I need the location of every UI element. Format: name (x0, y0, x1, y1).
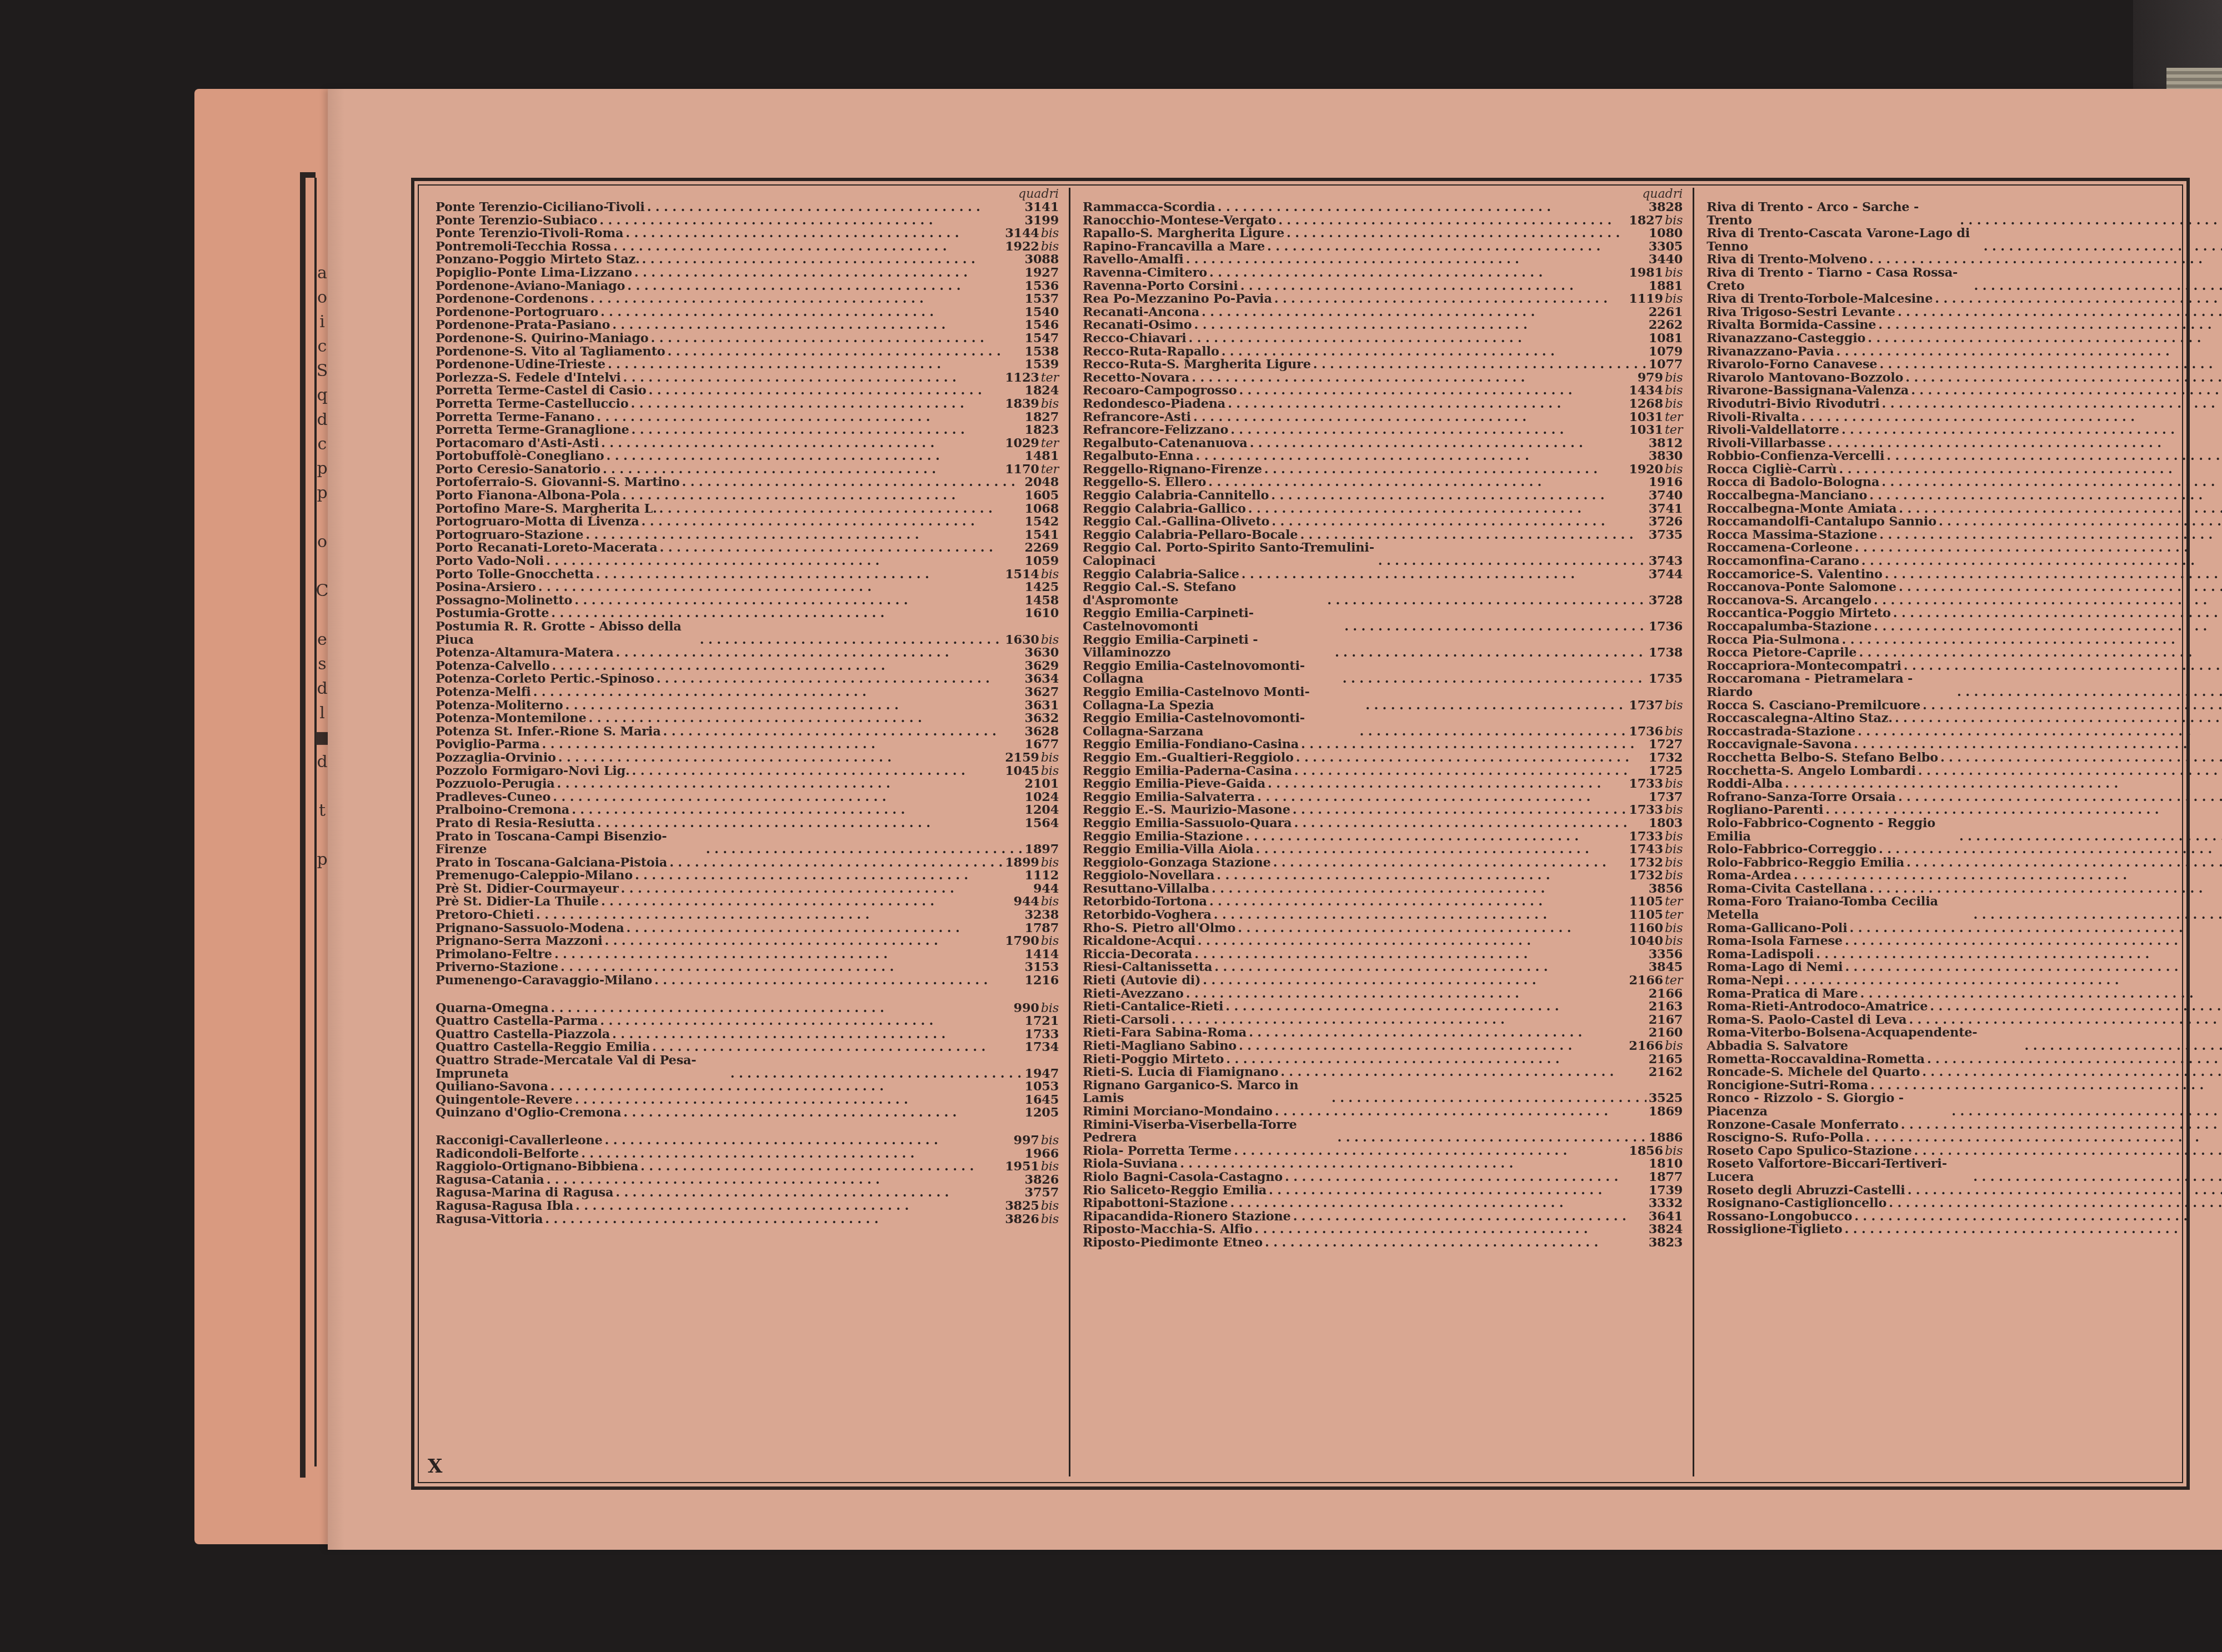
index-entry: Reggio Cal.-Gallina-Oliveto3726 (1083, 515, 1683, 529)
index-entry: Rivodutri-Bivio Rivodutri2158 (1706, 398, 2222, 411)
quadro-number: 1610 (1025, 607, 1059, 620)
quadro-number: 1732bis (1629, 857, 1683, 870)
quadro-number-value: 3144 (1005, 226, 1039, 241)
dot-leader (1228, 398, 1627, 411)
index-entry: Roccapriora-Montecompatri3100 (1706, 660, 2222, 673)
quadro-suffix: bis (1041, 1159, 1059, 1174)
dot-leader (590, 293, 1023, 306)
index-entry: Roma-Foro Traiano-Tomba Cecilia Metella3… (1706, 895, 2222, 922)
route-name: Roccaromana - Pietramelara - Riardo (1706, 673, 1955, 699)
quadro-number: 1605 (1025, 489, 1059, 503)
index-entry: Riesi-Caltanissetta3845 (1083, 961, 1683, 974)
index-entry: Primolano-Feltre1414 (436, 948, 1059, 962)
quadro-suffix: bis (1665, 868, 1683, 883)
route-name: Ragusa-Vittoria (436, 1213, 543, 1227)
index-entry: Recco-Chiavari1081 (1083, 332, 1683, 346)
dot-leader (1905, 372, 2222, 385)
index-entry: Ronco - Rizzolo - S. Giorgio - Piacenza1… (1706, 1092, 2222, 1118)
quadro-number-value: 1123 (1005, 371, 1039, 385)
dot-leader (536, 909, 1022, 922)
route-name: Priverno-Stazione (436, 961, 558, 974)
route-name: Reggio Calabria-Salice (1083, 568, 1239, 582)
dot-leader (551, 607, 1022, 620)
index-entry: Roma-Rieti-Antrodoco-Amatrice3275 (1706, 1000, 2222, 1014)
quadro-number-value: 3641 (1649, 1209, 1683, 1224)
dot-leader (1901, 1119, 2222, 1132)
dot-leader (1274, 293, 1627, 306)
index-entry: Postumia R. R. Grotte - Abisso della Piu… (436, 620, 1059, 647)
quadro-number-value: 3632 (1025, 711, 1059, 725)
index-entry: Pordenone-Aviano-Maniago1536 (436, 280, 1059, 293)
index-entry: Rocca Pietore-Caprile1395 (1706, 647, 2222, 660)
index-entry: Reggio Emilia-Pieve-Gaida1733bis (1083, 778, 1683, 791)
quadro-number: 1536 (1025, 280, 1059, 293)
index-entry: Rivoli-Villarbasse914 (1706, 437, 2222, 450)
quadro-number: 1105ter (1629, 909, 1683, 922)
dot-leader (597, 411, 1022, 424)
dot-leader (1189, 332, 1647, 346)
quadro-number: 1079 (1649, 346, 1683, 359)
dot-leader (1264, 463, 1627, 477)
quadro-number-value: 2262 (1649, 318, 1683, 332)
quadro-number: 1856bis (1629, 1145, 1683, 1158)
index-entry: Rieti-Fara Sabina-Roma2160 (1083, 1027, 1683, 1040)
route-name: Pordenone-Cordenons (436, 293, 588, 306)
quadro-number: 3153 (1025, 961, 1059, 974)
quadro-number: 1204 (1025, 804, 1059, 817)
index-entry: Rapallo-S. Margherita Ligure1080 (1083, 227, 1683, 241)
route-name: Rofrano-Sanza-Torre Orsaia (1706, 791, 1896, 804)
route-name: Porto Recanati-Loreto-Macerata (436, 542, 658, 555)
quadro-number-value: 3743 (1649, 554, 1683, 568)
dot-leader (669, 857, 1003, 870)
dot-leader (600, 1015, 1022, 1028)
route-name: Rieti-Fara Sabina-Roma (1083, 1027, 1247, 1040)
dot-leader (1269, 1184, 1647, 1198)
dot-leader (607, 450, 1023, 463)
route-name: Ponzano-Poggio Mirteto Staz. (436, 253, 640, 267)
quadro-number-value: 1733 (1025, 1027, 1059, 1042)
route-name: Pordenone-S. Vito al Tagliamento (436, 346, 665, 359)
index-entry: Roccanova-Ponte Salomone3646 (1706, 581, 2222, 594)
index-entry: Pordenone-Cordenons1537 (436, 293, 1059, 306)
route-name: Pozzaglia-Orvinio (436, 752, 556, 765)
dot-leader (1908, 1184, 2222, 1198)
dot-leader (1911, 384, 2222, 398)
quadro-number-value: 2166 (1649, 987, 1683, 1001)
quadro-number: 1981bis (1629, 267, 1683, 280)
dot-leader (1801, 411, 2222, 424)
dot-leader (2025, 1040, 2222, 1053)
quadro-number-value: 1068 (1025, 502, 1059, 516)
index-entry: Pordenone-Prata-Pasiano1546 (436, 319, 1059, 332)
route-name: Rea Po-Mezzanino Po-Pavia (1083, 293, 1272, 306)
quadro-number-value: 997 (1014, 1133, 1039, 1148)
route-name: Rogliano-Parenti (1706, 804, 1823, 817)
dot-leader (1957, 686, 2222, 699)
route-name: Potenza-Altamura-Matera (436, 647, 613, 660)
index-entry: Porto Fianona-Albona-Pola1605 (436, 489, 1059, 503)
quadro-number: 1541 (1025, 529, 1059, 542)
route-name: Ravello-Amalfi (1083, 253, 1184, 267)
dot-leader (625, 227, 1003, 241)
quadro-number-value: 1897 (1025, 842, 1059, 857)
quadro-suffix: bis (1665, 921, 1683, 935)
quadro-suffix: ter (1665, 973, 1683, 988)
route-name: Reggio Cal.-Gallina-Oliveto (1083, 515, 1269, 529)
quadro-number-value: 1564 (1025, 816, 1059, 830)
route-name: Porretta Terme-Castel di Casio (436, 384, 647, 398)
dot-leader (1275, 1105, 1647, 1119)
quadro-number-value: 1734 (1025, 1040, 1059, 1054)
quadro-number: 1514bis (1005, 568, 1059, 582)
route-name: Rieti-Magliano Sabino (1083, 1040, 1237, 1053)
quadro-number-value: 3845 (1649, 960, 1683, 974)
route-name: Pontremoli-Tecchia Rossa (436, 241, 611, 254)
quadro-number-value: 1077 (1649, 357, 1683, 372)
quadro-number-value: 1920 (1629, 462, 1663, 477)
quadro-number-value: 1031 (1629, 410, 1663, 424)
quadro-number: 3628 (1025, 725, 1059, 739)
dot-leader (1332, 1092, 1647, 1105)
quadro-number-value: 1105 (1629, 894, 1663, 909)
index-entry: Prato di Resia-Resiutta1564 (436, 817, 1059, 830)
dot-leader (1874, 594, 2222, 608)
route-name: Potenza-Melfi (436, 686, 531, 699)
dot-leader (1927, 1053, 2222, 1067)
dot-leader (1855, 542, 2222, 555)
route-name: Roma-Viterbo-Bolsena-Acquapendente-Abbad… (1706, 1027, 2022, 1053)
dot-leader (1222, 346, 1647, 359)
route-name: Reggio Emilia-Sassuolo-Quara (1083, 817, 1292, 830)
route-name: Prignano-Sassuolo-Modena (436, 922, 624, 935)
dot-leader (600, 306, 1023, 319)
route-name: Reggio Emilia-Castelnovomonti-Collagna (1083, 660, 1340, 686)
dot-leader (1825, 804, 2222, 817)
quadro-number-value: 1538 (1025, 344, 1059, 359)
route-name: Reggio Calabria-Gallico (1083, 503, 1246, 516)
index-entry: Riolo Bagni-Casola-Castagno1877 (1083, 1171, 1683, 1184)
route-name: Roseto Valfortore-Biccari-Tertiveri-Luce… (1706, 1158, 1971, 1184)
dot-leader (1860, 988, 2222, 1001)
quadro-number: 1737bis (1629, 699, 1683, 713)
route-name: Quattro Castella-Piazzola (436, 1028, 610, 1042)
quadro-number: 1537 (1025, 293, 1059, 306)
route-name: Rolo-Fabbrico-Correggio (1706, 843, 1876, 857)
quadro-number: 3726 (1649, 515, 1683, 529)
quadro-number-value: 3757 (1025, 1185, 1059, 1200)
index-entry: Potenza-Altamura-Matera3630 (436, 647, 1059, 660)
dot-leader (1886, 450, 2222, 463)
underlying-page-frame (300, 172, 316, 1478)
index-entry: Recetto-Novara979bis (1083, 372, 1683, 385)
dot-leader (1935, 293, 2222, 306)
quadro-number: 3141 (1025, 201, 1059, 214)
dot-leader (1879, 358, 2222, 372)
route-name: Roma-Ladispoli (1706, 948, 1814, 962)
route-name: Roccalbegna-Manciano (1706, 489, 1867, 503)
quadro-number: 3356 (1649, 948, 1683, 962)
quadro-number-value: 1540 (1025, 305, 1059, 319)
index-entry: Priverno-Stazione3153 (436, 961, 1059, 974)
quadro-suffix: bis (1665, 934, 1683, 948)
quadro-number: 3525 (1649, 1092, 1683, 1105)
route-name: Prato in Toscana-Galciana-Pistoia (436, 857, 667, 870)
route-name: Roccanova-S. Arcangelo (1706, 594, 1871, 608)
quadro-number: 1743bis (1629, 843, 1683, 857)
dot-leader (1882, 398, 2222, 411)
dot-leader (1172, 1014, 1647, 1027)
route-name: Posina-Arsiero (436, 581, 536, 594)
quadro-number: 3826 (1025, 1174, 1059, 1187)
quadro-number: 1434bis (1629, 384, 1683, 398)
quadro-number: 1869 (1649, 1105, 1683, 1119)
quadro-number: 1738 (1649, 647, 1683, 660)
index-entry: Ragusa-Catania3826 (436, 1174, 1059, 1187)
quadro-number: 2163 (1649, 1000, 1683, 1014)
index-entry: Roccalbegna-Monte Amiata2068 (1706, 503, 2222, 516)
quadro-number-value: 1823 (1025, 423, 1059, 437)
quadro-number: 3144bis (1005, 227, 1059, 241)
quadro-suffix: bis (1665, 777, 1683, 791)
quadro-suffix: ter (1665, 894, 1683, 909)
dot-leader (642, 515, 1023, 529)
quadro-suffix: bis (1665, 371, 1683, 385)
dot-leader (1271, 489, 1646, 503)
quadro-number: 1645 (1025, 1094, 1059, 1107)
index-entry: Rapino-Francavilla a Mare3305 (1083, 241, 1683, 254)
dot-leader (1854, 1210, 2222, 1224)
dot-leader (632, 765, 1003, 778)
quadro-number: 1068 (1025, 503, 1059, 516)
index-entry: Porretta Terme-Castel di Casio1824 (436, 384, 1059, 398)
dot-leader (1939, 515, 2222, 529)
quadro-suffix: bis (1665, 855, 1683, 870)
index-entry: Ravenna-Porto Corsini1881 (1083, 280, 1683, 293)
dot-leader (1344, 620, 1647, 634)
quadro-number: 1081 (1649, 332, 1683, 346)
route-name: Rivarolo Mantovano-Bozzolo (1706, 372, 1903, 385)
index-entry: Ragusa-Ragusa Ibla3825bis (436, 1200, 1059, 1213)
quadro-number-value: 1204 (1025, 803, 1059, 817)
route-name: Quattro Strade-Mercatale Val di Pesa-Imp… (436, 1054, 728, 1080)
quadro-number: 3845 (1649, 961, 1683, 974)
dot-leader (1360, 725, 1627, 739)
quadro-suffix: bis (1665, 397, 1683, 411)
route-name: Rieti-S. Lucia di Fiamignano (1083, 1066, 1278, 1079)
quadro-number-value: 3830 (1649, 449, 1683, 463)
index-entry: Potenza-Montemilone3632 (436, 712, 1059, 725)
dot-leader (1870, 1079, 2222, 1093)
index-column-3: quadri Riva di Trento - Arco - Sarche - … (1694, 188, 2222, 1476)
quadro-suffix: bis (1041, 239, 1059, 254)
route-name: Recco-Ruta-S. Margherita Ligure (1083, 358, 1311, 372)
index-entry: Regalbuto-Catenanuova3812 (1083, 437, 1683, 450)
dot-leader (1186, 253, 1647, 267)
quadro-number-value: 1727 (1649, 737, 1683, 752)
quadro-number: 1031ter (1629, 424, 1683, 437)
route-name: Reggio Emilia-Fondiano-Casina (1083, 738, 1299, 752)
dot-leader (1861, 555, 2222, 568)
route-name: Quattro Castella-Parma (436, 1015, 598, 1028)
route-name: Quarna-Omegna (436, 1002, 548, 1015)
quadro-number: 3629 (1025, 660, 1059, 673)
dot-leader (1214, 961, 1647, 974)
route-name: Portacomaro d'Asti-Asti (436, 437, 599, 450)
quadro-number: 1031ter (1629, 411, 1683, 424)
dot-leader (700, 634, 1003, 647)
index-entry: Pozzolo Formigaro-Novi Lig.1045bis (436, 765, 1059, 778)
quadro-number-value: 1736 (1649, 619, 1683, 634)
route-name: Pralboino-Cremona (436, 804, 569, 817)
quadro-number-value: 3356 (1649, 947, 1683, 962)
quadro-number-value: 3735 (1649, 528, 1683, 542)
route-name: Ponte Terenzio-Tivoli-Roma (436, 227, 623, 241)
index-entry: Ricaldone-Acqui1040bis (1083, 935, 1683, 948)
index-entry: Reggio Calabria-Pellaro-Bocale3735 (1083, 529, 1683, 542)
route-name: Roseto degli Abruzzi-Castelli (1706, 1184, 1905, 1198)
index-entry: Pozzuolo-Perugia2101 (436, 778, 1059, 791)
quadro-number-value: 2167 (1649, 1013, 1683, 1027)
quadro-number-value: 3238 (1025, 908, 1059, 922)
route-name: Rieti-Carsoli (1083, 1014, 1169, 1027)
route-name: Roccapalumba-Stazione (1706, 620, 1871, 634)
index-entry: Portogruaro-Motta di Livenza1542 (436, 515, 1059, 529)
route-name: Portogruaro-Motta di Livenza (436, 515, 639, 529)
index-entry: Raggiolo-Ortignano-Bibbiena1951bis (436, 1160, 1059, 1174)
route-name: Pozzolo Formigaro-Novi Lig. (436, 765, 630, 778)
route-name: Roccamandolfi-Cantalupo Sannio (1706, 515, 1936, 529)
dot-leader (1208, 476, 1647, 489)
quadro-number: 1546 (1025, 319, 1059, 332)
quadro-number: 3828 (1649, 201, 1683, 214)
route-name: Roccavignale-Savona (1706, 738, 1851, 752)
quadro-number-value: 1827 (1025, 410, 1059, 424)
route-name: Rieti-Cantalice-Rieti (1083, 1000, 1223, 1014)
index-entry: Roma-Civita Castellana3888bis (1706, 883, 2222, 896)
index-entry: Quattro Strade-Mercatale Val di Pesa-Imp… (436, 1054, 1059, 1080)
quadro-number-value: 1053 (1025, 1079, 1059, 1094)
route-name: Potenza-Calvello (436, 660, 549, 673)
route-name: Roccamorice-S. Valentino (1706, 568, 1883, 582)
index-entry: Ripabottoni-Stazione3332 (1083, 1197, 1683, 1210)
index-entry: Recanati-Osimo2262 (1083, 319, 1683, 332)
route-name: Rosignano-Castiglioncello (1706, 1197, 1886, 1210)
dot-leader (1841, 424, 2222, 437)
index-entry: Rolo-Fabbrico-Cognento - Reggio Emilia17… (1706, 817, 2222, 843)
quadro-number-value: 2159 (1005, 750, 1039, 765)
route-name: Ricaldone-Acqui (1083, 935, 1195, 948)
quadro-number: 3825bis (1005, 1200, 1059, 1213)
quadro-number-value: 1542 (1025, 514, 1059, 529)
index-entry: Reggello-Rignano-Firenze1920bis (1083, 463, 1683, 477)
index-entry: Retorbido-Voghera1105ter (1083, 909, 1683, 922)
route-name: Riva Trigoso-Sestri Levante (1706, 306, 1895, 319)
route-name: Rolo-Fabbrico-Cognento - Reggio Emilia (1706, 817, 1957, 843)
dot-leader (1794, 869, 2222, 883)
quadro-number: 3632 (1025, 712, 1059, 725)
quadro-number-value: 1024 (1025, 790, 1059, 804)
index-entry: Portoferraio-S. Giovanni-S. Martino2048 (436, 476, 1059, 489)
dot-leader (1198, 935, 1627, 948)
index-entry: Reggio Calabria-Salice3744 (1083, 568, 1683, 582)
dot-leader (1212, 883, 1647, 896)
dot-leader (642, 253, 1023, 267)
index-entry: Porretta Terme-Castelluccio1839bis (436, 398, 1059, 411)
dot-leader (1249, 1027, 1647, 1040)
index-entry: Rometta-Roccavaldina-Rometta3751bis (1706, 1053, 2222, 1067)
route-name: Porretta Terme-Castelluccio (436, 398, 628, 411)
route-name: Rivoli-Valdellatorre (1706, 424, 1839, 437)
index-entry: Porretta Terme-Fanano1827 (436, 411, 1059, 424)
dot-leader (1879, 529, 2222, 542)
route-name: Pozzuolo-Perugia (436, 778, 555, 791)
index-entry: Rocca Cigliè-Carrù1020 (1706, 463, 2222, 477)
route-name: Regalbuto-Catenanuova (1083, 437, 1248, 450)
quadro-number-value: 1539 (1025, 357, 1059, 372)
quadro-number: 1677 (1025, 738, 1059, 752)
dot-leader (615, 1187, 1022, 1200)
quadro-number: 3743 (1649, 555, 1683, 568)
quadro-number-value: 2166 (1629, 973, 1663, 988)
dot-leader (1914, 1145, 2222, 1158)
dot-leader (546, 555, 1022, 568)
dot-leader (1365, 699, 1627, 713)
quadro-suffix: bis (1041, 855, 1059, 870)
index-entry: Roma-Lago di Nemi2132 (1706, 961, 2222, 974)
quadro-number-value: 1059 (1025, 554, 1059, 568)
quadro-number-value: 1040 (1629, 934, 1663, 948)
index-entry: Rimini-Viserba-Viserbella-Torre Pedrera1… (1083, 1119, 1683, 1145)
quadro-number-value: 1434 (1629, 383, 1663, 398)
index-entry: Recco-Ruta-Rapallo1079 (1083, 346, 1683, 359)
quadro-number-value: 1810 (1649, 1157, 1683, 1171)
quadro-number-value: 1947 (1025, 1067, 1059, 1081)
route-name: Riola- Porretta Terme (1083, 1145, 1232, 1158)
quadro-number-value: 1736 (1629, 724, 1663, 739)
route-name: Ravenna-Cimitero (1083, 267, 1207, 280)
dot-leader (635, 869, 1023, 883)
quadro-number: 2159bis (1005, 752, 1059, 765)
quadro-number-value: 3153 (1025, 960, 1059, 974)
index-entry: Roma-Ladispoli3206 (1706, 948, 2222, 962)
quadro-number: 944 (1033, 883, 1059, 896)
quadro-number: 1732bis (1629, 869, 1683, 883)
quadro-number: 1538 (1025, 346, 1059, 359)
index-entry: Premenugo-Caleppio-Milano1112 (436, 869, 1059, 883)
index-entry: Retorbido-Tortona1105ter (1083, 895, 1683, 909)
quadro-number-value: 1790 (1005, 934, 1039, 948)
dot-leader (1906, 857, 2222, 870)
route-name: Riva di Trento - Arco - Sarche - Trento (1706, 201, 1958, 227)
index-entry: Reggio Emilia-Villa Aiola1743bis (1083, 843, 1683, 857)
quadro-suffix: bis (1041, 226, 1059, 241)
quadro-number-value: 1951 (1005, 1159, 1039, 1174)
route-name: Portogruaro-Stazione (436, 529, 583, 542)
dot-leader (547, 1174, 1023, 1187)
quadro-number: 1827 (1025, 411, 1059, 424)
quadro-number-value: 1869 (1649, 1104, 1683, 1119)
dot-leader (1230, 1197, 1646, 1210)
quadro-number: 1425 (1025, 581, 1059, 594)
quadro-number-value: 1922 (1005, 239, 1039, 254)
quadro-number-value: 1721 (1025, 1014, 1059, 1028)
index-entry: Roccanova-S. Arcangelo3648 (1706, 594, 2222, 608)
index-entry: Rocca Massima-Stazione3174 (1706, 529, 2222, 542)
index-entry: Rieti-S. Lucia di Fiamignano2162 (1083, 1066, 1683, 1079)
route-name: Possagno-Molinetto (436, 594, 572, 608)
dot-leader (1335, 647, 1647, 660)
